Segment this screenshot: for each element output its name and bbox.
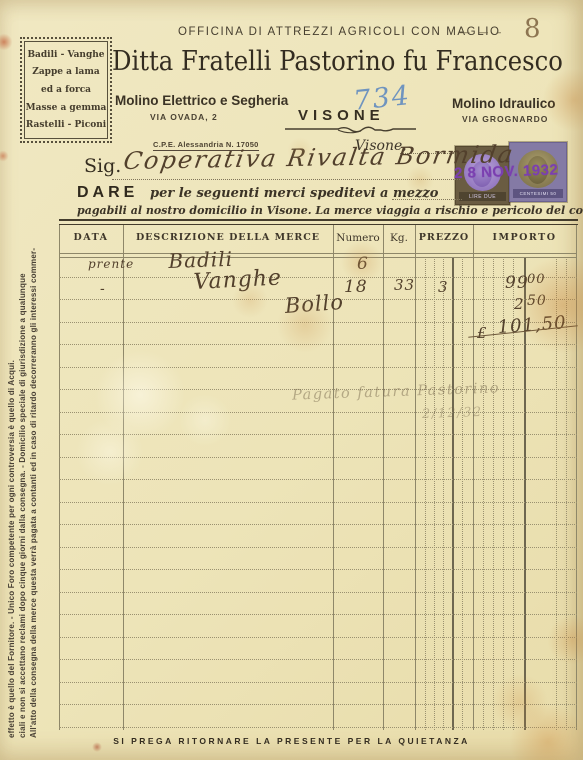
side-terms-line-2: ciali e non si accettano reclami dopo ci… — [18, 226, 27, 738]
division-right-address: VIA GROGNARDO — [462, 114, 548, 124]
payment-terms-line: pagabili al nostro domicilio in Visone. … — [77, 204, 583, 217]
division-left: Molino Elettrico e Segheria — [115, 93, 288, 108]
entry-row3-importo-cent: 50 — [527, 293, 547, 309]
product-line: Rastelli - Piconi — [25, 120, 107, 130]
entry-row2-prezzo: 3 — [438, 278, 449, 296]
tagline-dashes: — — – — [459, 26, 504, 39]
division-left-address: VIA OVADA, 2 — [150, 112, 218, 122]
table-top-rule — [59, 219, 578, 225]
side-terms-line-1: All'atto della consegna della merce ques… — [29, 226, 38, 738]
col-header-data: DATA — [59, 232, 123, 243]
entry-row2-importo-cent: 00 — [527, 272, 546, 287]
pencil-paid-note: Pagato fatura Pastorino — [292, 380, 501, 403]
company-title: Ditta Fratelli Pastorino fu Francesco — [112, 46, 580, 77]
total-currency-symbol: £ — [477, 324, 488, 342]
dare-label: DARE — [77, 184, 138, 202]
stamp-denomination-label: LIRE DUE — [459, 192, 506, 201]
col-header-descrizione: DESCRIZIONE DELLA MERCE — [123, 232, 333, 243]
dare-leader-line — [392, 186, 462, 200]
product-line: Zappe a lama — [25, 67, 107, 77]
footer-notice: SI PREGA RITORNARE LA PRESENTE PER LA QU… — [0, 736, 583, 746]
product-list-box: Badili - Vanghe Zappe a lama ed a forca … — [20, 37, 112, 143]
product-line: Masse a gemma — [25, 103, 107, 113]
handwritten-serial-number: 734 — [352, 80, 412, 117]
entry-row2-description: Vanghe — [193, 265, 283, 295]
product-line: ed a forca — [25, 85, 107, 95]
pencil-paid-date: 2/12/32 — [422, 405, 483, 422]
col-header-numero: Numero — [333, 232, 383, 244]
entry-row2-kg: 33 — [394, 276, 415, 294]
col-header-prezzo: PREZZO — [415, 232, 473, 243]
page-number: 8 — [524, 14, 541, 44]
product-line: Badili - Vanghe — [25, 50, 107, 60]
invoice-page: Badili - Vanghe Zappe a lama ed a forca … — [0, 0, 583, 760]
division-right: Molino Idraulico — [452, 96, 556, 111]
entry-row2-importo-lire: 99 — [505, 273, 529, 293]
entry-row3-description: Bollo — [284, 290, 345, 318]
town-flourish — [283, 124, 418, 136]
col-header-kg: Kg. — [383, 232, 415, 244]
entry-row2-ditto: - — [100, 281, 106, 297]
stamp-denomination-label: CENTESIMI 50 — [513, 189, 563, 198]
entry-row1-note: prente — [88, 257, 134, 271]
col-header-importo: IMPORTO — [473, 232, 576, 243]
tagline: OFFICINA DI ATTREZZI AGRICOLI CON MAGLIO — [178, 26, 501, 38]
entry-row2-numero: 18 — [344, 277, 368, 297]
side-terms-line-3: effetto è quello del Fornitore. - Unico … — [7, 226, 16, 738]
entry-row1-numero: 6 — [357, 254, 369, 274]
entry-row3-importo-lire: 2 — [514, 295, 525, 313]
